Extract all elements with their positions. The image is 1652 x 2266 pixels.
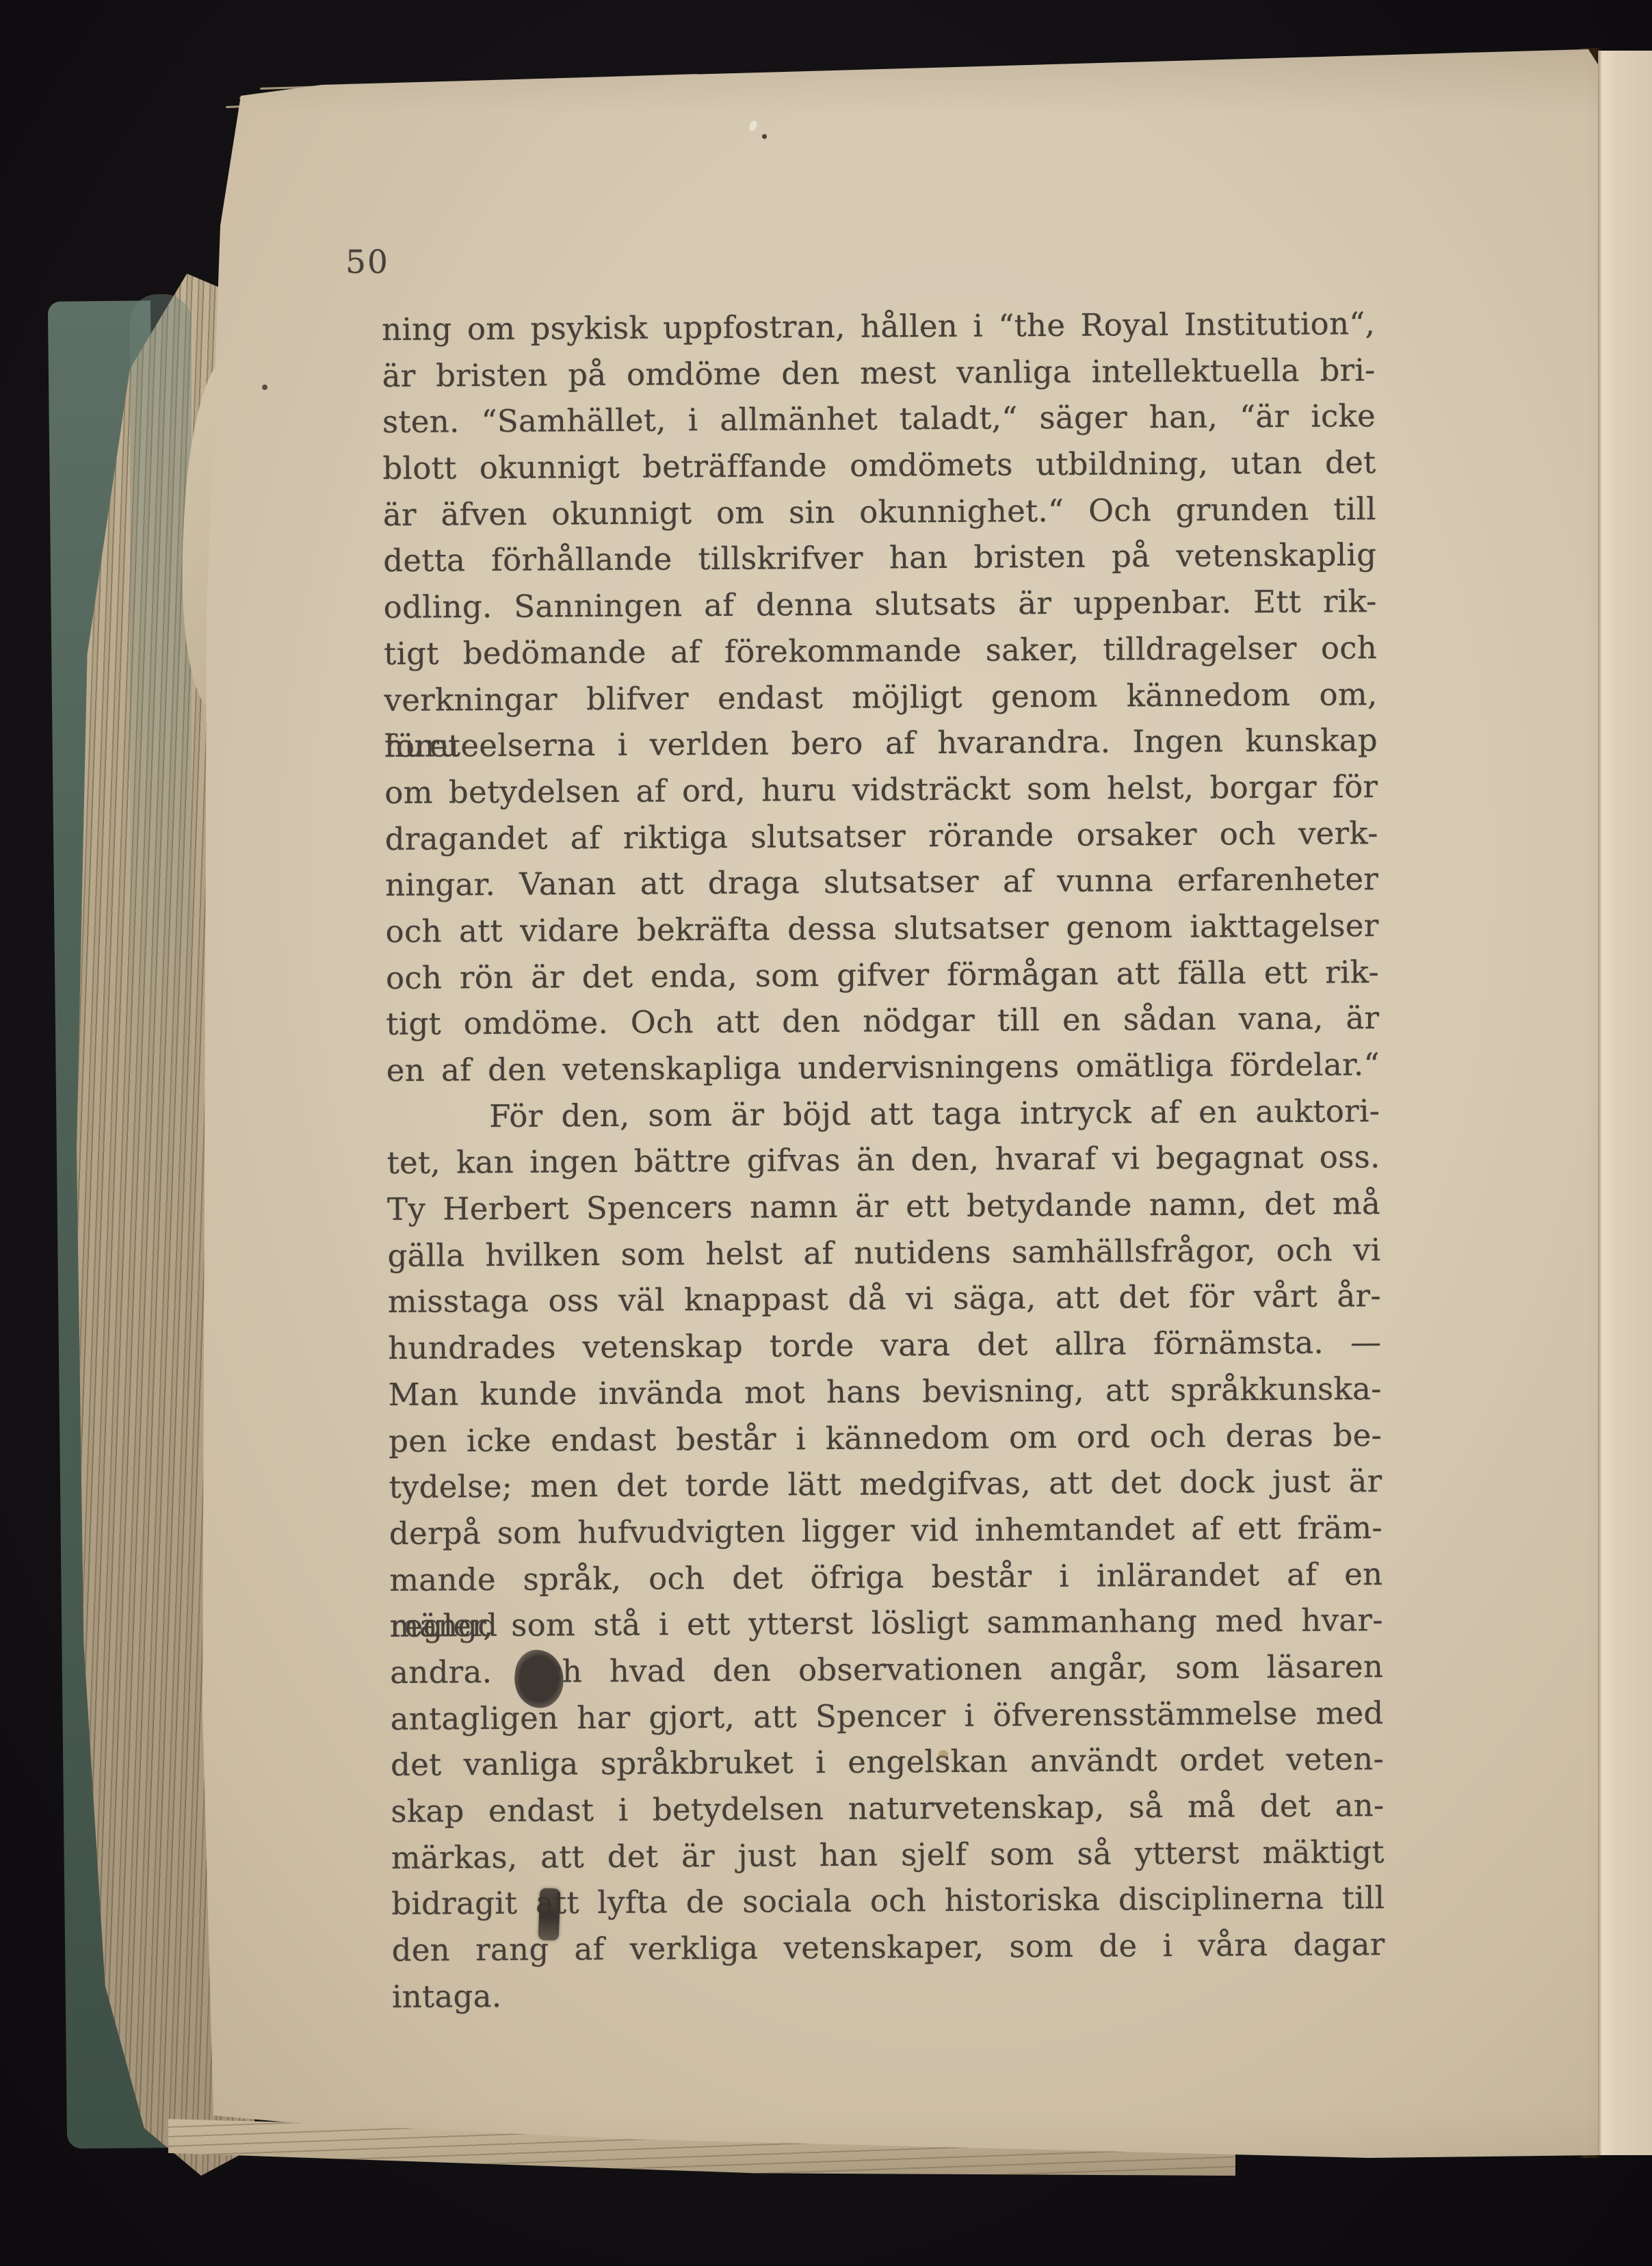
text-line: misstaga oss väl knappast då vi säga, at… — [388, 1273, 1381, 1326]
text-line: det vanliga språkbruket i engelskan anvä… — [391, 1736, 1384, 1788]
text-line: tet, kan ingen bättre gifvas än den, hva… — [386, 1134, 1380, 1186]
text-line: mande språk, och det öfriga består i inl… — [389, 1551, 1382, 1604]
text-line: dragandet af riktiga slutsatser rörande … — [385, 810, 1378, 863]
text-line: företeelserna i verlden bero af hvarandr… — [384, 717, 1378, 770]
ink-smudge — [538, 1888, 561, 1940]
page-stack-marbling — [130, 294, 192, 1252]
text-line: regler, som stå i ett ytterst lösligt sa… — [390, 1597, 1383, 1650]
text-line: detta förhållande tillskrifver han brist… — [383, 532, 1376, 585]
text-line: en af den vetenskapliga undervisningens … — [386, 1041, 1380, 1094]
text-line: tigt omdöme. Och att den nödgar till en … — [386, 995, 1379, 1047]
text-line: och att vidare bekräfta dessa slutsatser… — [385, 902, 1378, 955]
text-line: blott okunnigt beträffande omdömets utbi… — [382, 439, 1376, 492]
book-photo: 50 ning om psykisk uppfostran, hållen i … — [0, 0, 1652, 2266]
text-line: derpå som hufvudvigten ligger vid inhemt… — [389, 1505, 1382, 1557]
text-line: är bristen på omdöme den mest vanliga in… — [382, 347, 1375, 400]
ink-dot — [262, 385, 267, 390]
next-page-sliver — [1598, 51, 1652, 2155]
text-line: tydelse; men det torde lätt medgifvas, a… — [389, 1458, 1382, 1511]
text-line: skap endast i betydelsen naturvetenskap,… — [391, 1782, 1384, 1835]
text-line: är äfven okunnigt om sin okunnighet.“ Oc… — [383, 486, 1376, 538]
text-line: verkningar blifver endast möjligt genom … — [384, 671, 1377, 724]
paper-stain — [939, 1750, 948, 1758]
text-line: märkas, att det är just han sjelf som så… — [391, 1829, 1385, 1881]
text-line-paragraph-start: För den, som är böjd att taga intryck af… — [386, 1088, 1380, 1141]
text-line: Man kunde invända mot hans bevisning, at… — [389, 1366, 1382, 1418]
page-text: ning om psykisk uppfostran, hållen i “th… — [382, 300, 1385, 1990]
text-line: tigt bedömande af förekommande saker, ti… — [384, 625, 1377, 677]
text-line: ningar. Vanan att draga slutsatser af vu… — [385, 856, 1378, 909]
text-line: pen icke endast består i kännedom om ord… — [389, 1412, 1382, 1465]
text-line: och rön är det enda, som gifver förmågan… — [386, 949, 1379, 1002]
text-line: ning om psykisk uppfostran, hållen i “th… — [382, 300, 1375, 353]
text-line: gälla hvilken som helst af nutidens samh… — [387, 1227, 1380, 1279]
text-line: odling. Sanningen af denna slutsats är u… — [383, 578, 1376, 631]
ink-dot — [762, 134, 767, 139]
text-line: sten. “Samhället, i allmänhet taladt,“ s… — [382, 393, 1376, 446]
text-line: hundrades vetenskap torde vara det allra… — [388, 1319, 1381, 1372]
text-line: Ty Herbert Spencers namn är ett betydand… — [387, 1180, 1380, 1233]
page-number: 50 — [316, 244, 419, 291]
text-line: om betydelsen af ord, huru vidsträckt so… — [384, 764, 1378, 816]
